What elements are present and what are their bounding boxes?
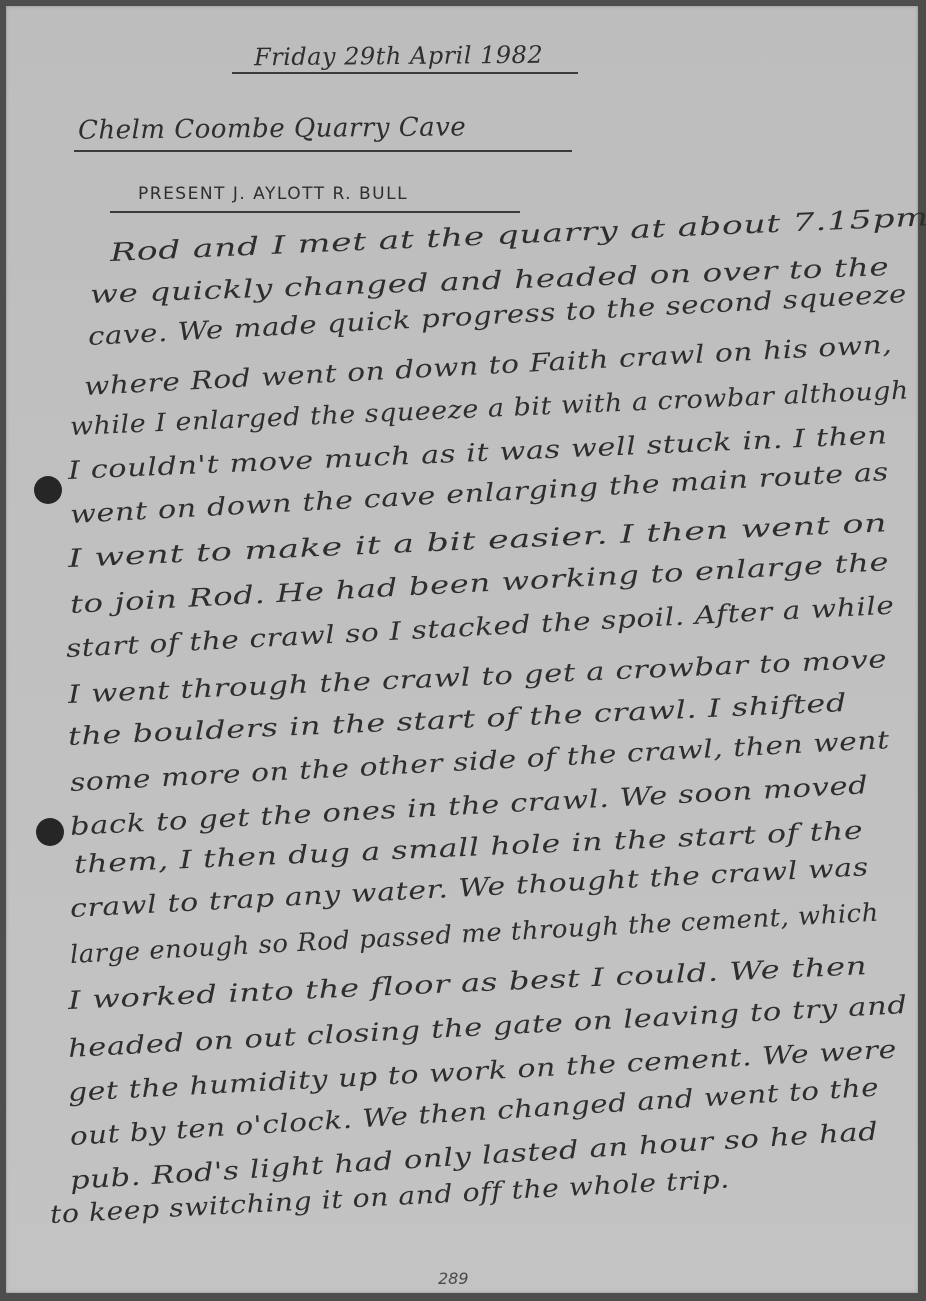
page-number: 289 <box>438 1269 469 1288</box>
punch-hole-bottom <box>36 818 64 846</box>
cave-name: Chelm Coombe Quarry Cave <box>78 112 467 145</box>
present-underline <box>110 211 520 213</box>
cave-name-underline <box>74 150 572 152</box>
scanned-page: Friday 29th April 1982 Chelm Coombe Quar… <box>0 0 926 1301</box>
paper-sheet: Friday 29th April 1982 Chelm Coombe Quar… <box>6 6 918 1293</box>
entry-date: Friday 29th April 1982 <box>254 41 543 72</box>
present-line: PRESENT J. AYLOTT R. BULL <box>138 184 408 204</box>
punch-hole-top <box>34 476 62 504</box>
date-underline <box>232 72 578 74</box>
